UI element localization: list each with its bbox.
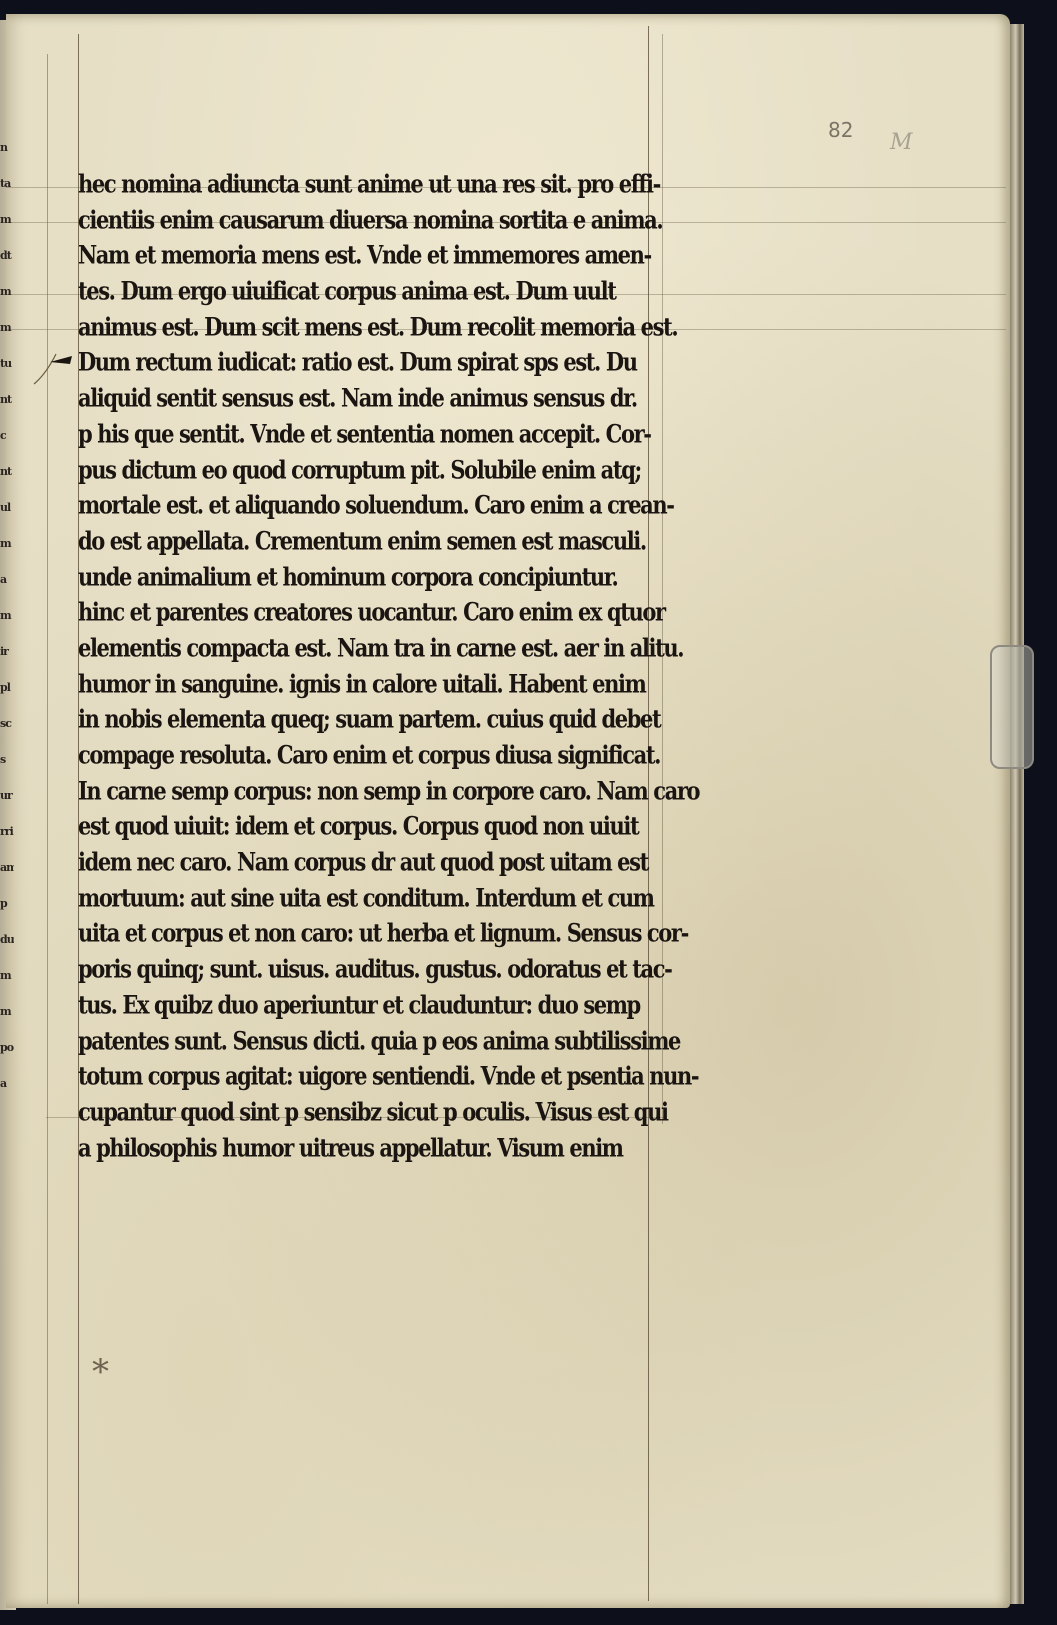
fragment: m — [0, 994, 14, 1030]
fragment: ir — [0, 634, 14, 670]
fragment: ul — [0, 490, 14, 526]
fragment: m — [0, 526, 14, 562]
fragment: du — [0, 922, 14, 958]
fragment: m — [0, 958, 14, 994]
fragment: po — [0, 1030, 14, 1066]
fragment: am — [0, 850, 14, 886]
fragment: ur — [0, 778, 14, 814]
fragment: n — [0, 130, 14, 166]
fragment: p — [0, 886, 14, 922]
fragment: m — [0, 310, 14, 346]
fragment: dt — [0, 238, 14, 274]
shelfmark-note: M — [890, 130, 913, 155]
fragment: a — [0, 562, 14, 598]
folio-number: 82 — [828, 118, 853, 142]
paragraph-mark-icon — [26, 344, 86, 394]
fragment: rri — [0, 814, 14, 850]
fragment: pl — [0, 670, 14, 706]
previous-page-edge-text: n ta m dt m m tu nt c nt ul m a m ir pl … — [0, 130, 14, 1130]
fragment: sc — [0, 706, 14, 742]
fragment: ta — [0, 166, 14, 202]
ruling-left-outer — [47, 54, 48, 1604]
fragment: m — [0, 598, 14, 634]
fragment: c — [0, 418, 14, 454]
fragment: nt — [0, 454, 14, 490]
book-clasp — [990, 645, 1034, 769]
fragment: nt — [0, 382, 14, 418]
fragment: m — [0, 274, 14, 310]
fragment: tu — [0, 346, 14, 382]
fragment: m — [0, 202, 14, 238]
manuscript-page: 82 M * hec nomina adiuncta sunt anime ut… — [6, 14, 1010, 1608]
page-fore-edge — [1010, 24, 1024, 1604]
margin-asterisk: * — [92, 1352, 109, 1392]
text-line: a philosophis humor uitreus appellatur. … — [78, 1126, 678, 1168]
fragment: a — [0, 1066, 14, 1102]
fragment: s — [0, 742, 14, 778]
main-text-block: hec nomina adiuncta sunt anime ut una re… — [78, 166, 678, 1165]
